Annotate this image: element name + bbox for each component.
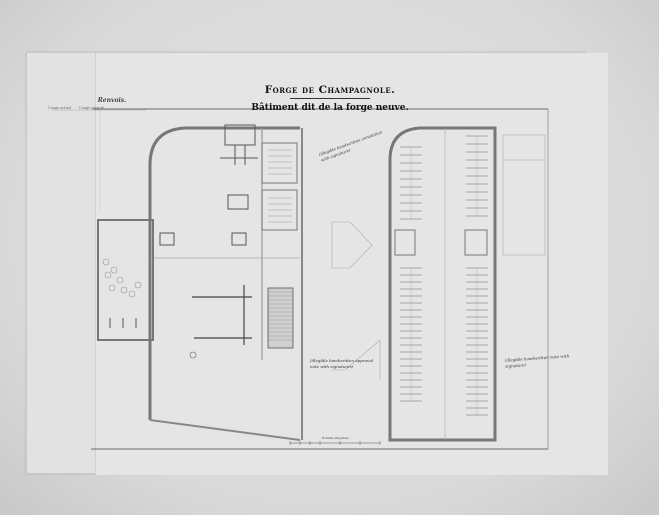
legend-heading: Renvois. [78,98,146,103]
document-subtitle: Bâtiment dit de la forge neuve. [240,103,420,113]
legend-block: Renvois. Usage actuel Usage projeté [48,98,146,111]
legend-column-current: Usage actuel [48,106,71,111]
scale-label: Échelle (illegible) [322,435,349,441]
document-title: Forge de Champagnole. [240,84,420,96]
document-title-block: Forge de Champagnole. Bâtiment dit de la… [240,84,420,113]
legend-column-projected: Usage projeté [79,106,104,111]
title-rule [290,98,370,99]
bottom-center-note: (illegible handwritten approval note wit… [310,358,375,370]
